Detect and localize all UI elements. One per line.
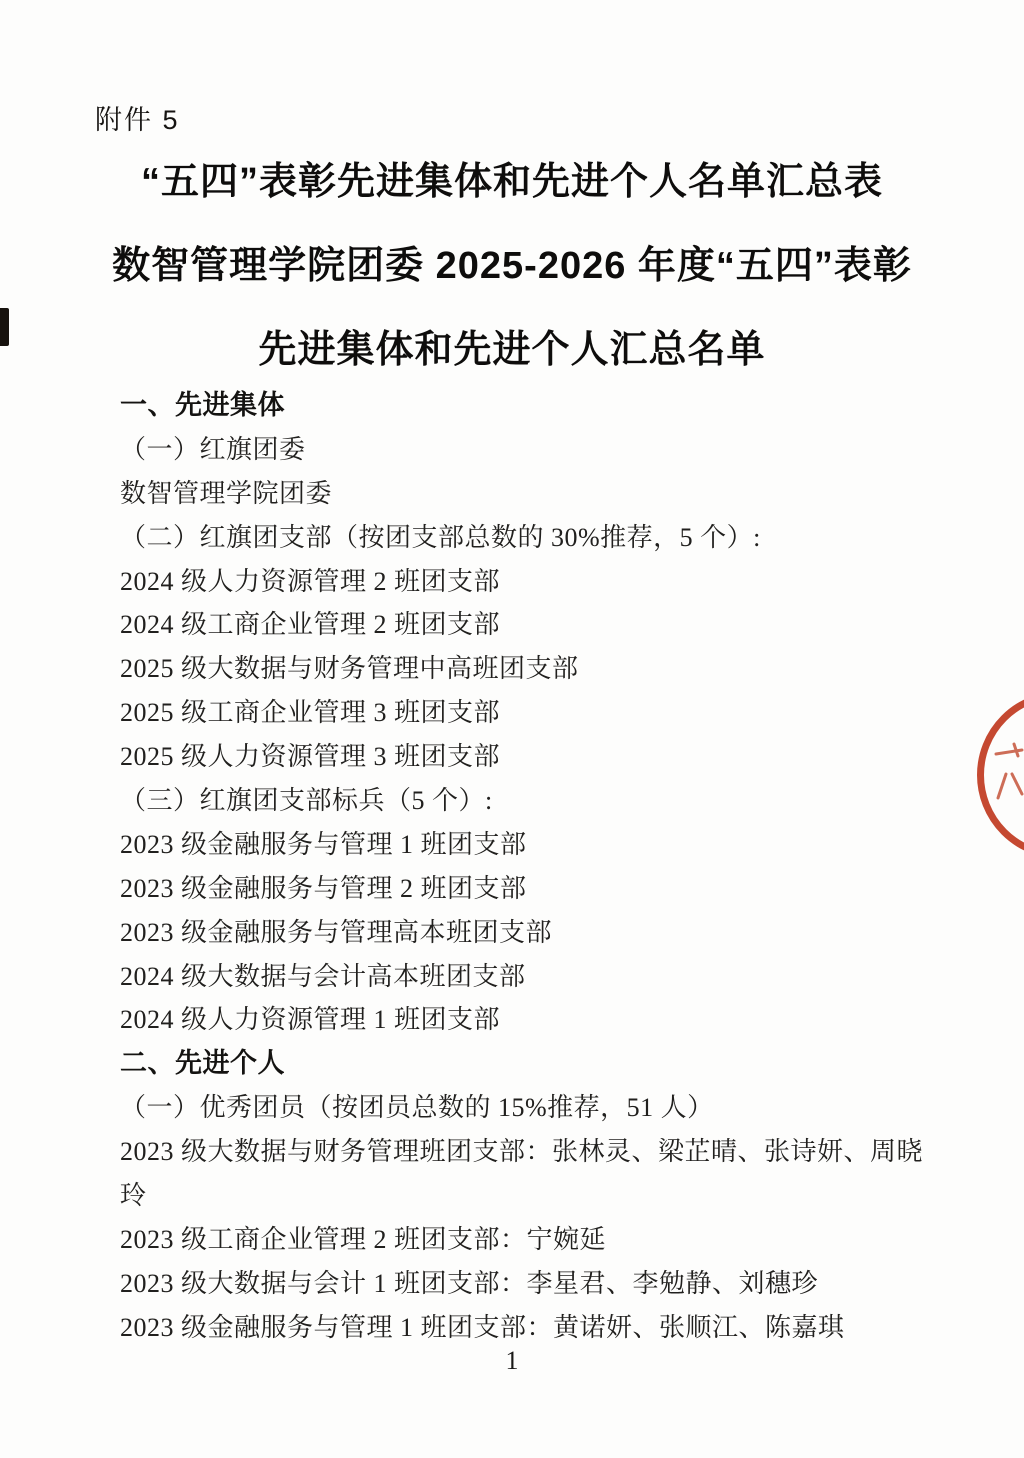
text-line: 2023 级金融服务与管理 1 班团支部	[120, 823, 964, 867]
scanned-document-page: 附件 5 “五四”表彰先进集体和先进个人名单汇总表 数智管理学院团委 2025-…	[0, 0, 1024, 1458]
text-line: 2023 级工商企业管理 2 班团支部：宁婉延	[120, 1218, 964, 1262]
attachment-label: 附件 5	[95, 98, 180, 137]
text-line: 2023 级金融服务与管理 1 班团支部：黄诺妍、张顺江、陈嘉琪	[120, 1306, 964, 1350]
text-line: 2025 级大数据与财务管理中高班团支部	[120, 647, 964, 691]
document-title-line-1: “五四”表彰先进集体和先进个人名单汇总表	[0, 150, 1024, 205]
text-line: 数智管理学院团委	[120, 472, 964, 516]
red-seal-stamp-strokes	[992, 740, 1024, 806]
text-line: （二）红旗团支部（按团支部总数的 30%推荐，5 个）:	[120, 516, 964, 560]
document-title-line-2: 数智管理学院团委 2025-2026 年度“五四”表彰	[0, 234, 1024, 289]
text-line: 2023 级大数据与财务管理班团支部：张林灵、梁芷晴、张诗妍、周晓	[120, 1130, 964, 1174]
section-heading-advanced-collectives: 一、先进集体	[120, 384, 964, 428]
text-line: 2024 级人力资源管理 1 班团支部	[120, 998, 964, 1042]
text-line: 2023 级金融服务与管理 2 班团支部	[120, 867, 964, 911]
document-title-line-3: 先进集体和先进个人汇总名单	[0, 318, 1024, 373]
scan-artifact-mark	[0, 308, 9, 346]
text-line: （三）红旗团支部标兵（5 个）:	[120, 779, 964, 823]
text-line: 2024 级人力资源管理 2 班团支部	[120, 560, 964, 604]
page-number: 1	[0, 1346, 1024, 1376]
text-line: 2023 级金融服务与管理高本班团支部	[120, 911, 964, 955]
text-line: 2025 级工商企业管理 3 班团支部	[120, 691, 964, 735]
text-line: （一）优秀团员（按团员总数的 15%推荐，51 人）	[120, 1086, 964, 1130]
document-body: 一、先进集体 （一）红旗团委 数智管理学院团委 （二）红旗团支部（按团支部总数的…	[120, 384, 964, 1350]
text-line: 2024 级大数据与会计高本班团支部	[120, 955, 964, 999]
text-line: 2023 级大数据与会计 1 班团支部：李星君、李勉静、刘穗珍	[120, 1262, 964, 1306]
text-line: 2025 级人力资源管理 3 班团支部	[120, 735, 964, 779]
text-line: 2024 级工商企业管理 2 班团支部	[120, 603, 964, 647]
text-line: （一）红旗团委	[120, 428, 964, 472]
text-line: 玲	[120, 1174, 964, 1218]
section-heading-advanced-individuals: 二、先进个人	[120, 1042, 964, 1086]
